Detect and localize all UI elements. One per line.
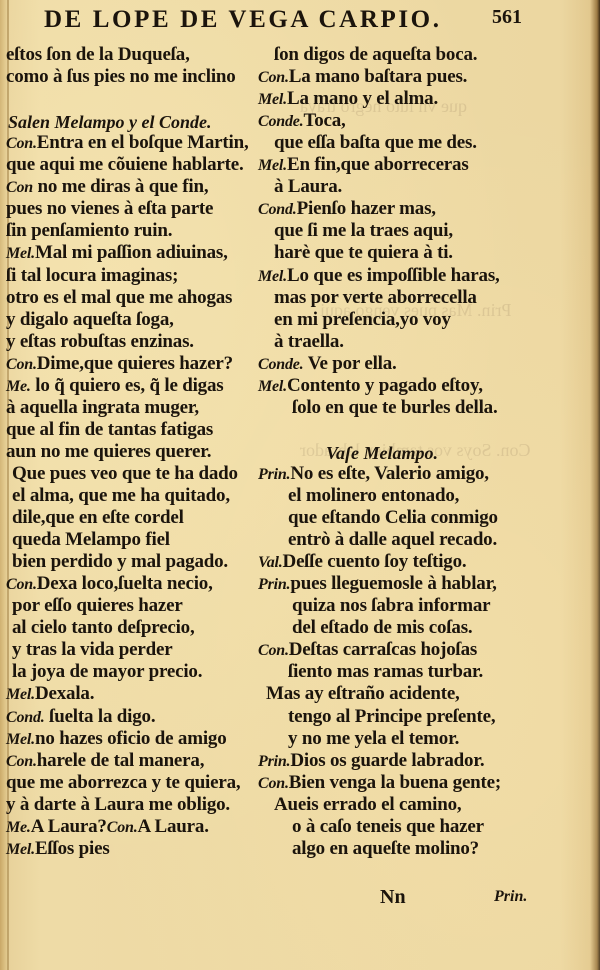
verse-line: Mel.Contento y pagado eſtoy, xyxy=(258,375,483,398)
verse-text: Toca, xyxy=(303,110,345,131)
verse-text: y tras la vida perder xyxy=(12,639,172,660)
verse-line: ſon digos de aqueſta boca. xyxy=(274,44,477,66)
verse-text: Dios os guarde labrador. xyxy=(290,750,484,771)
verse-text: quiza nos ſabra informar xyxy=(292,595,490,616)
verse-text: Deſſe cuento ſoy teſtigo. xyxy=(283,551,467,572)
speaker-abbreviation: Con xyxy=(6,179,33,196)
verse-line: Con no me diras à que fin, xyxy=(6,176,208,199)
verse-line: que ſi me la traes aqui, xyxy=(274,220,453,242)
verse-text: del eſtado de mis coſas. xyxy=(292,617,472,638)
verse-line: Conde. Ve por ella. xyxy=(258,353,397,376)
verse-line: bien perdido y mal pagado. xyxy=(12,551,228,573)
verse-line: y no me yela el temor. xyxy=(288,728,459,750)
verse-text: que eſſa baſta que me des. xyxy=(274,132,477,153)
speaker-abbreviation: Con. xyxy=(258,775,289,792)
verse-text: en mi preſencia,yo voy xyxy=(274,309,451,330)
verse-text: Contento y pagado eſtoy, xyxy=(287,375,483,396)
verse-line: Con.La mano baſtara pues. xyxy=(258,66,467,89)
verse-text: que aqui me cõuiene hablarte. xyxy=(6,154,244,175)
verse-line: la joya de mayor precio. xyxy=(12,661,202,683)
verse-text: Pienſo hazer mas, xyxy=(297,198,436,219)
verse-line: Prin.pues lleguemosle à hablar, xyxy=(258,573,497,596)
verse-line: y digalo aqueſta ſoga, xyxy=(6,309,174,331)
verse-text: à traella. xyxy=(274,331,344,352)
verse-line: Aueis errado el camino, xyxy=(274,794,461,816)
catchword: Prin. xyxy=(494,888,527,906)
verse-line: Con.Dime,que quieres hazer? xyxy=(6,353,233,376)
verse-line: el molinero entonado, xyxy=(288,485,459,507)
verse-text: entrò à dalle aquel recado. xyxy=(288,529,497,550)
verse-text: y eſtas robuſtas enzinas. xyxy=(6,331,194,352)
verse-line: Val.Deſſe cuento ſoy teſtigo. xyxy=(258,551,466,574)
verse-line: que eſtando Celia conmigo xyxy=(288,507,498,529)
verse-line: à Laura. xyxy=(274,176,342,198)
verse-line: Prin.No es eſte, Valerio amigo, xyxy=(258,463,489,486)
page-header: DE LOPE DE VEGA CARPIO. 561 xyxy=(0,0,600,36)
verse-line: pues no vienes à eſta parte xyxy=(6,198,213,220)
verse-text: el molinero entonado, xyxy=(288,485,459,506)
verse-text: En fin,que aborreceras xyxy=(287,154,469,175)
speaker-abbreviation: Con. xyxy=(6,356,37,373)
verse-line: Con.Dexa loco,ſuelta necio, xyxy=(6,573,213,596)
verse-line: Mas ay eſtraño acidente, xyxy=(266,683,460,705)
verse-line: Mel.no hazes oficio de amigo xyxy=(6,728,227,751)
verse-line: Con.Entra en el boſque Martin, xyxy=(6,132,249,155)
speaker-abbreviation: Val. xyxy=(258,554,283,571)
verse-line: del eſtado de mis coſas. xyxy=(292,617,472,639)
verse-line: otro es el mal que me ahogas xyxy=(6,287,232,309)
verse-line: quiza nos ſabra informar xyxy=(292,595,490,617)
verse-line: ſi tal locura imaginas; xyxy=(6,265,178,287)
verse-text: Dime,que quieres hazer? xyxy=(37,353,233,374)
verse-text: harè que te quiera à ti. xyxy=(274,242,453,263)
verse-text: o à caſo teneis que hazer xyxy=(292,816,484,837)
verse-line: que aqui me cõuiene hablarte. xyxy=(6,154,244,176)
verse-line: tengo al Principe preſente, xyxy=(288,706,495,728)
verse-text: A Laura. xyxy=(138,816,209,837)
verse-text: otro es el mal que me ahogas xyxy=(6,287,232,308)
verse-line: queda Melampo fiel xyxy=(12,529,170,551)
verse-text: Mas ay eſtraño acidente, xyxy=(266,683,460,704)
book-page: que vn luto negro traya Prin. Mas pues v… xyxy=(0,0,600,970)
verse-line: Con.Bien venga la buena gente; xyxy=(258,772,501,795)
speaker-abbreviation: Conde. xyxy=(258,356,303,373)
speaker-abbreviation: Mel. xyxy=(258,268,287,285)
verse-text: ſin penſamiento ruin. xyxy=(6,220,172,241)
verse-line: aun no me quieres querer. xyxy=(6,441,211,463)
verse-text: queda Melampo fiel xyxy=(12,529,170,550)
verse-line: como à ſus pies no me inclino xyxy=(6,66,236,88)
speaker-abbreviation: Con. xyxy=(6,753,37,770)
verse-text: harele de tal manera, xyxy=(37,750,204,771)
verse-text: el alma, que me ha quitado, xyxy=(12,485,230,506)
verse-text: que eſtando Celia conmigo xyxy=(288,507,498,528)
verse-line: Que pues veo que te ha dado xyxy=(12,463,238,485)
verse-line: Mel.Lo que es impoſſible haras, xyxy=(258,265,500,288)
verse-text: que ſi me la traes aqui, xyxy=(274,220,453,241)
verse-text: pues no vienes à eſta parte xyxy=(6,198,213,219)
speaker-abbreviation: Con. xyxy=(258,69,289,86)
verse-line: Prin.Dios os guarde labrador. xyxy=(258,750,484,773)
verse-text: algo en aqueſte molino? xyxy=(292,838,479,859)
speaker-abbreviation: Con. xyxy=(6,135,37,152)
speaker-abbreviation: Mel. xyxy=(6,245,35,262)
verse-line: dile,que en eſte cordel xyxy=(12,507,184,529)
verse-text: al cielo tanto deſprecio, xyxy=(12,617,195,638)
verse-text: Entra en el boſque Martin, xyxy=(37,132,249,153)
verse-line: Mel.En fin,que aborreceras xyxy=(258,154,469,177)
verse-text: lo q̃ quiero es, q̃ le digas xyxy=(31,375,224,396)
verse-text: mas por verte aborrecella xyxy=(274,287,477,308)
verse-line: Con.harele de tal manera, xyxy=(6,750,204,773)
verse-text: bien perdido y mal pagado. xyxy=(12,551,228,572)
verse-text: Eſſos pies xyxy=(35,838,110,859)
speaker-abbreviation: Con. xyxy=(258,642,289,659)
verse-text: Dexala. xyxy=(35,683,94,704)
folio-number: 561 xyxy=(492,6,522,29)
verse-line: entrò à dalle aquel recado. xyxy=(288,529,497,551)
verse-text: por eſſo quieres hazer xyxy=(12,595,183,616)
verse-text: como à ſus pies no me inclino xyxy=(6,66,236,87)
verse-line: o à caſo teneis que hazer xyxy=(292,816,484,838)
stage-direction: Salen Melampo y el Conde. xyxy=(8,112,212,133)
verse-text: ſolo en que te burles della. xyxy=(292,397,498,418)
verse-text: ſuelta la digo. xyxy=(45,706,156,727)
verse-line: y à darte à Laura me obligo. xyxy=(6,794,230,816)
verse-line: à traella. xyxy=(274,331,344,353)
speaker-abbreviation: Con. xyxy=(107,819,138,836)
running-head: DE LOPE DE VEGA CARPIO. xyxy=(44,6,442,34)
speaker-abbreviation: Mel. xyxy=(258,91,287,108)
verse-text: A Laura? xyxy=(31,816,107,837)
verse-line: Me. lo q̃ quiero es, q̃ le digas xyxy=(6,375,223,398)
verse-text: que al fin de tantas fatigas xyxy=(6,419,213,440)
verse-text: la joya de mayor precio. xyxy=(12,661,202,682)
verse-text: Mal mi paſſion adiuinas, xyxy=(35,242,228,263)
verse-line: à aquella ingrata muger, xyxy=(6,397,199,419)
verse-text: eſtos ſon de la Duqueſa, xyxy=(6,44,190,65)
verse-line: ſolo en que te burles della. xyxy=(292,397,498,419)
stage-direction: Vaſe Melampo. xyxy=(326,443,438,464)
verse-line: y tras la vida perder xyxy=(12,639,172,661)
speaker-abbreviation: Mel. xyxy=(258,157,287,174)
verse-line: que me aborrezca y te quiera, xyxy=(6,772,240,794)
verse-text: aun no me quieres querer. xyxy=(6,441,211,462)
verse-line: algo en aqueſte molino? xyxy=(292,838,479,860)
verse-text: ſi tal locura imaginas; xyxy=(6,265,178,286)
verse-text: Aueis errado el camino, xyxy=(274,794,461,815)
verse-line: y eſtas robuſtas enzinas. xyxy=(6,331,194,353)
speaker-abbreviation: Mel. xyxy=(258,378,287,395)
speaker-abbreviation: Me. xyxy=(6,819,31,836)
speaker-abbreviation: Prin. xyxy=(258,576,290,593)
verse-text: no hazes oficio de amigo xyxy=(35,728,227,749)
verse-text: La mano baſtara pues. xyxy=(289,66,467,87)
verse-line: Cond. ſuelta la digo. xyxy=(6,706,155,729)
verse-line: que eſſa baſta que me des. xyxy=(274,132,477,154)
verse-text: y à darte à Laura me obligo. xyxy=(6,794,230,815)
verse-line: harè que te quiera à ti. xyxy=(274,242,453,264)
verse-line: Conde.Toca, xyxy=(258,110,346,133)
speaker-abbreviation: Prin. xyxy=(258,466,290,483)
verse-line: en mi preſencia,yo voy xyxy=(274,309,451,331)
verse-text: No es eſte, Valerio amigo, xyxy=(290,463,488,484)
speaker-abbreviation: Mel. xyxy=(6,686,35,703)
verse-line: por eſſo quieres hazer xyxy=(12,595,183,617)
speaker-abbreviation: Prin. xyxy=(258,753,290,770)
verse-line: ſiento mas ramas turbar. xyxy=(288,661,483,683)
verse-line: Me.A Laura?Con.A Laura. xyxy=(6,816,209,839)
verse-text: Lo que es impoſſible haras, xyxy=(287,265,500,286)
verse-line: Cond.Pienſo hazer mas, xyxy=(258,198,436,221)
verse-text: Ve por ella. xyxy=(303,353,396,374)
signature-mark: Nn xyxy=(380,886,406,909)
speaker-abbreviation: Mel. xyxy=(6,841,35,858)
verse-line: Con.Deſtas carraſcas hojoſas xyxy=(258,639,477,662)
verse-text: dile,que en eſte cordel xyxy=(12,507,184,528)
verse-text: La mano y el alma. xyxy=(287,88,438,109)
verse-text: à aquella ingrata muger, xyxy=(6,397,199,418)
verse-text: y no me yela el temor. xyxy=(288,728,459,749)
verse-text: Que pues veo que te ha dado xyxy=(12,463,238,484)
verse-text: tengo al Principe preſente, xyxy=(288,706,495,727)
verse-text: ſon digos de aqueſta boca. xyxy=(274,44,477,65)
verse-text: Dexa loco,ſuelta necio, xyxy=(37,573,213,594)
speaker-abbreviation: Cond. xyxy=(6,709,45,726)
verse-text: ſiento mas ramas turbar. xyxy=(288,661,483,682)
verse-text: Deſtas carraſcas hojoſas xyxy=(289,639,477,660)
verse-line: eſtos ſon de la Duqueſa, xyxy=(6,44,190,66)
verse-text: Bien venga la buena gente; xyxy=(289,772,501,793)
speaker-abbreviation: Me. xyxy=(6,378,31,395)
verse-text: pues lleguemosle à hablar, xyxy=(290,573,496,594)
verse-line: que al fin de tantas fatigas xyxy=(6,419,213,441)
verse-line: Mel.Mal mi paſſion adiuinas, xyxy=(6,242,228,265)
speaker-abbreviation: Con. xyxy=(6,576,37,593)
verse-text: que me aborrezca y te quiera, xyxy=(6,772,240,793)
speaker-abbreviation: Mel. xyxy=(6,731,35,748)
speaker-abbreviation: Conde. xyxy=(258,113,303,130)
verse-text: y digalo aqueſta ſoga, xyxy=(6,309,174,330)
verse-line: Mel.Dexala. xyxy=(6,683,94,706)
verse-line: el alma, que me ha quitado, xyxy=(12,485,230,507)
verse-line: Mel.Eſſos pies xyxy=(6,838,110,861)
speaker-abbreviation: Cond. xyxy=(258,201,297,218)
verse-line: Mel.La mano y el alma. xyxy=(258,88,438,111)
verse-line: ſin penſamiento ruin. xyxy=(6,220,172,242)
verse-text: à Laura. xyxy=(274,176,342,197)
verse-line: mas por verte aborrecella xyxy=(274,287,477,309)
verse-line: al cielo tanto deſprecio, xyxy=(12,617,195,639)
verse-text: no me diras à que fin, xyxy=(33,176,208,197)
